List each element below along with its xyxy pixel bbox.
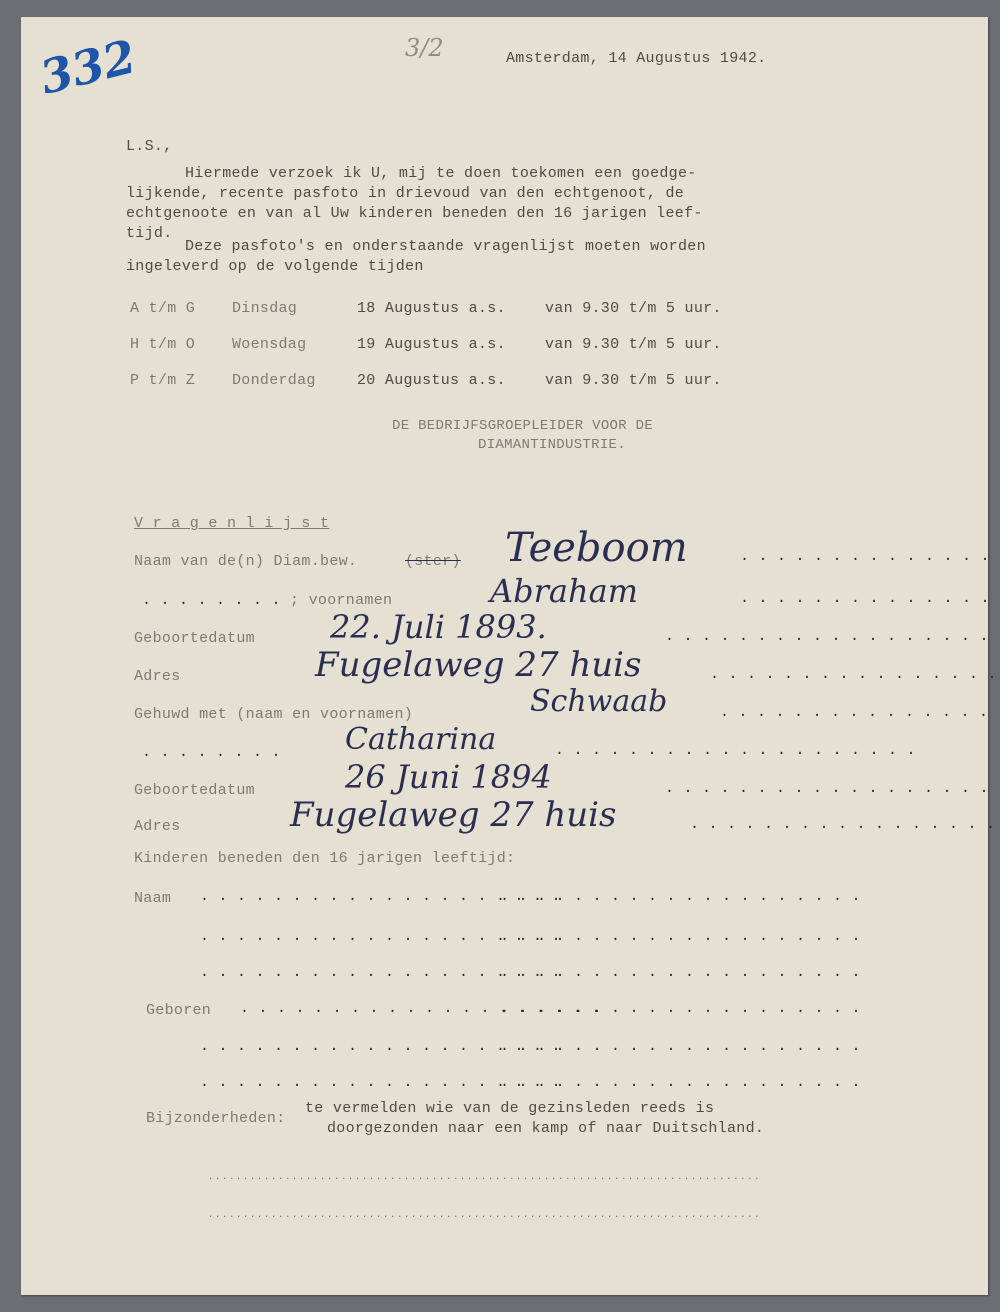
schedule-day: Dinsdag [232, 300, 297, 317]
first-names-label: ; voornamen [290, 592, 392, 609]
dot-leader: .................... [500, 1000, 870, 1017]
signature-line: DE BEDRIJFSGROEPLEIDER VOOR DE [392, 418, 653, 434]
married-value: Schwaab [530, 684, 667, 719]
remarks-text: doorgezonden naar een kamp of naar Duits… [327, 1120, 764, 1137]
schedule-day: Donderdag [232, 372, 316, 389]
schedule-time: van 9.30 t/m 5 uur. [545, 372, 722, 389]
dob-label: Geboortedatum [134, 630, 255, 647]
dot-leader: .................... [665, 780, 1000, 797]
schedule-letters: H t/m O [130, 336, 195, 353]
child-born-label: Geboren [146, 1002, 211, 1019]
name-label: Naam van de(n) Diam.bew. [134, 553, 357, 570]
schedule-letters: A t/m G [130, 300, 195, 317]
pencil-number: 3/2 [405, 34, 444, 62]
name-suffix-struck: (ster) [405, 553, 461, 570]
remarks-dotted-line: ........................................… [208, 1210, 761, 1220]
body-line: lijkende, recente pasfoto in drievoud va… [126, 185, 684, 202]
dot-leader: .................... [690, 816, 1000, 833]
remarks-text: te vermelden wie van de gezinsleden reed… [305, 1100, 714, 1117]
dot-leader: .................... [500, 1074, 870, 1091]
dot-leader: .................... [500, 1038, 870, 1055]
spouse-dob-value: 26 Juni 1894 [345, 758, 552, 796]
dot-leader: .................... [665, 628, 1000, 645]
salutation: L.S., [126, 138, 173, 155]
dot-leader: .................... [720, 704, 1000, 721]
spouse-first-names-value: Catharina [345, 722, 496, 757]
spouse-dob-label: Geboortedatum [134, 782, 255, 799]
name-value: Teeboom [505, 525, 688, 571]
children-label: Kinderen beneden den 16 jarigen leeftijd… [134, 850, 515, 867]
child-name-label: Naam [134, 890, 171, 907]
remarks-label: Bijzonderheden: [146, 1110, 286, 1127]
address-label: Adres [134, 668, 181, 685]
body-line: ingeleverd op de volgende tijden [126, 258, 424, 275]
schedule-time: van 9.30 t/m 5 uur. [545, 300, 722, 317]
dot-leader: .................... [555, 742, 925, 759]
dot-leader: ........ [142, 744, 290, 761]
schedule-date: 19 Augustus a.s. [357, 336, 506, 353]
dot-leader: .................... [500, 964, 870, 981]
dot-leader: .................... [740, 590, 1000, 607]
body-line: echtgenoote en van al Uw kinderen benede… [126, 205, 703, 222]
dot-leader: .................... [710, 666, 1000, 683]
schedule-day: Woensdag [232, 336, 306, 353]
remarks-dotted-line: ........................................… [208, 1172, 761, 1182]
dot-leader: .................... [500, 888, 870, 905]
first-names-value: Abraham [490, 572, 638, 610]
schedule-time: van 9.30 t/m 5 uur. [545, 336, 722, 353]
dob-value: 22. Juli 1893. [330, 608, 547, 646]
spouse-address-value: Fugelaweg 27 huis [290, 795, 617, 835]
dot-leader: ........ [142, 592, 290, 609]
dot-leader: .................... [500, 928, 870, 945]
address-value: Fugelaweg 27 huis [315, 645, 642, 685]
body-line: tijd. [126, 225, 173, 242]
married-label: Gehuwd met (naam en voornamen) [134, 706, 413, 723]
questionnaire-title: V r a g e n l i j s t [134, 515, 329, 532]
signature-line: DIAMANTINDUSTRIE. [478, 437, 626, 453]
body-line: Deze pasfoto's en onderstaande vragenlij… [185, 238, 706, 255]
schedule-date: 18 Augustus a.s. [357, 300, 506, 317]
place-date: Amsterdam, 14 Augustus 1942. [506, 50, 766, 67]
dot-leader: .................... [740, 548, 1000, 565]
body-line: Hiermede verzoek ik U, mij te doen toeko… [185, 165, 697, 182]
spouse-address-label: Adres [134, 818, 181, 835]
schedule-date: 20 Augustus a.s. [357, 372, 506, 389]
schedule-letters: P t/m Z [130, 372, 195, 389]
